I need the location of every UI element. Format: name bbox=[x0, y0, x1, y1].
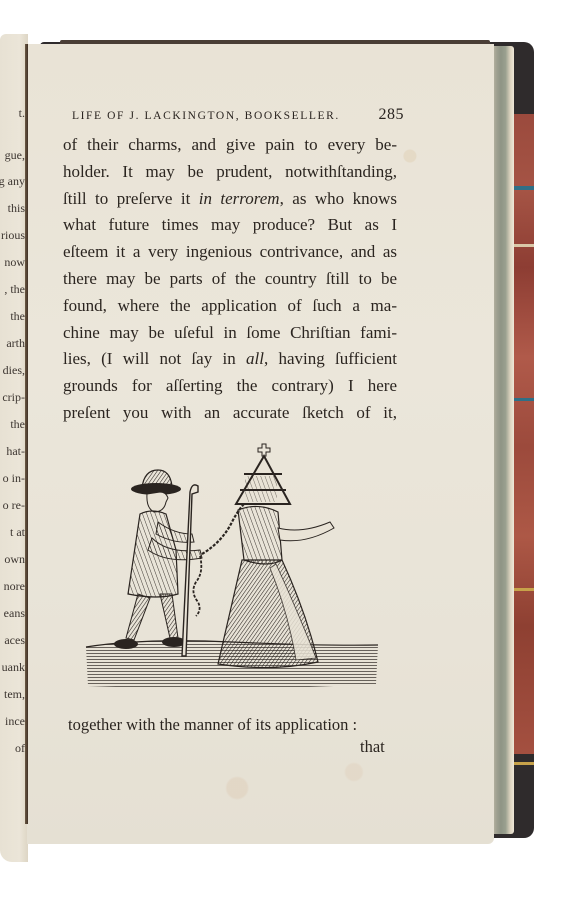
left-page-fragment: o in- bbox=[3, 471, 25, 486]
marble-streak bbox=[512, 762, 534, 765]
marble-streak bbox=[512, 186, 534, 190]
text-line: of their charms, and give pain to every … bbox=[63, 132, 397, 159]
left-page-fragment: , the bbox=[4, 282, 25, 297]
left-page-fragment: ince bbox=[5, 714, 25, 729]
running-head-title: LIFE OF J. LACKINGTON, BOOKSELLER. bbox=[72, 110, 340, 122]
text-line: preſent you with an accurate ſketch of i… bbox=[63, 400, 397, 427]
woman-figure bbox=[218, 444, 334, 668]
left-page-fragment: g any bbox=[0, 174, 25, 189]
italic-phrase: in terrorem bbox=[199, 189, 280, 208]
running-head: LIFE OF J. LACKINGTON, BOOKSELLER. 285 bbox=[72, 106, 404, 126]
left-page-fragment: o re- bbox=[3, 498, 25, 513]
left-page-fragment: gue, bbox=[5, 148, 25, 163]
text-span: , having ſufficient bbox=[264, 349, 397, 368]
left-page-fragment: dies, bbox=[3, 363, 25, 378]
marble-streak bbox=[512, 588, 534, 591]
left-page-text-fragments: t.gue,g anythisriousnow, thethearthdies,… bbox=[0, 34, 28, 862]
text-line: grounds for aſſerting the contrary) I he… bbox=[63, 373, 397, 400]
text-line: holder. It may be prudent, notwithſtandi… bbox=[63, 159, 397, 186]
left-page-fragment: this bbox=[8, 201, 25, 216]
left-page-fragment: nore bbox=[4, 579, 25, 594]
left-page-fragment: of bbox=[15, 741, 25, 756]
left-page-fragment: tem, bbox=[4, 687, 25, 702]
text-line: ſtill to preſerve it in terrorem, as who… bbox=[63, 186, 397, 213]
body-text: of their charms, and give pain to every … bbox=[63, 132, 397, 427]
left-page-fragment: the bbox=[10, 309, 25, 324]
woodcut-illustration bbox=[82, 442, 382, 692]
text-line: chine may be uſeful in ſome Chriſtian fa… bbox=[63, 320, 397, 347]
left-page-fragment: rious bbox=[1, 228, 25, 243]
left-page-fragment: crip- bbox=[2, 390, 25, 405]
left-page-fragment: own bbox=[4, 552, 25, 567]
gutter-fold bbox=[25, 44, 28, 824]
text-span: lies, (I will not ſay in bbox=[63, 349, 246, 368]
left-page-fragment: the bbox=[10, 417, 25, 432]
left-page-fragment: aces bbox=[4, 633, 25, 648]
marble-streak bbox=[512, 244, 534, 247]
left-page-fragment: now bbox=[4, 255, 25, 270]
catchword: that bbox=[360, 737, 385, 757]
left-page-fragment: eans bbox=[4, 606, 25, 621]
italic-phrase: all bbox=[246, 349, 264, 368]
text-line: there may be parts of the country ſtill … bbox=[63, 266, 397, 293]
text-line: what future times may produce? But as I bbox=[63, 212, 397, 239]
page-number: 285 bbox=[379, 106, 405, 124]
text-line: eſteem it a very ingenious contrivance, … bbox=[63, 239, 397, 266]
book-photo: t.gue,g anythisriousnow, thethearthdies,… bbox=[0, 0, 572, 900]
text-span: , as who knows bbox=[280, 189, 397, 208]
text-line: found, where the application of ſuch a m… bbox=[63, 293, 397, 320]
left-page-fragment: arth bbox=[6, 336, 25, 351]
marble-streak bbox=[512, 398, 534, 401]
text-after-illustration: together with the manner of its applicat… bbox=[68, 713, 398, 737]
left-page-fragment: hat- bbox=[6, 444, 25, 459]
left-page-fragment: t at bbox=[10, 525, 25, 540]
left-page-fragment: uank bbox=[2, 660, 25, 675]
text-line: lies, (I will not ſay in all, having ſuf… bbox=[63, 346, 397, 373]
marbled-board-edge bbox=[512, 114, 534, 754]
text-span: ſtill to preſerve it bbox=[63, 189, 199, 208]
left-facing-page: t.gue,g anythisriousnow, thethearthdies,… bbox=[0, 34, 28, 862]
